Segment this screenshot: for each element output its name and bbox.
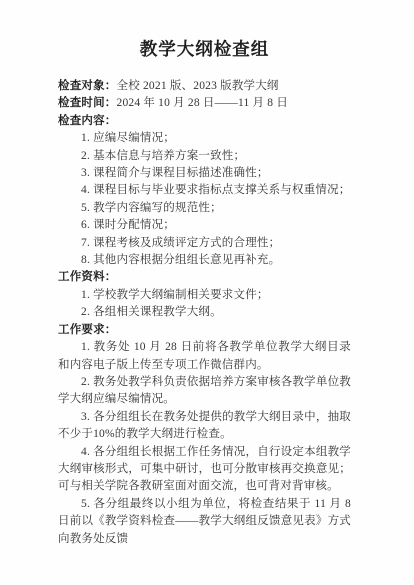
inspection-content-item-4: 4. 课程目标与毕业要求指标点支撑关系与权重情况； — [58, 182, 351, 199]
work-requirements-item-5: 5. 各分组最终以小组为单位，将检查结果于 11 月 8 日前以《教学资料检查—… — [58, 496, 351, 548]
work-requirements-item-1: 1. 教务处 10 月 28 日前将各教学单位教学大纲目录和内容电子版上传至专项… — [58, 339, 351, 374]
meta-value-inspection-time: 2024 年 10 月 28 日——11 月 8 日 — [117, 97, 289, 109]
inspection-content-item-7: 7. 课程考核及成绩评定方式的合理性； — [58, 235, 351, 252]
inspection-content-item-8: 8. 其他内容根据分组组长意见再补充。 — [58, 252, 351, 269]
work-requirements-item-2: 2. 教务处教学科负责依据培养方案审核各教学单位教学大纲应编尽编情况。 — [58, 374, 351, 409]
meta-line-inspection-time: 检查时间：2024 年 10 月 28 日——11 月 8 日 — [58, 95, 351, 112]
meta-line-inspection-target: 检查对象：全校 2021 版、2023 版教学大纲 — [58, 78, 351, 95]
meta-label-inspection-time: 检查时间： — [58, 97, 117, 109]
document-page: 教学大纲检查组 检查对象：全校 2021 版、2023 版教学大纲 检查时间：2… — [0, 0, 414, 585]
section-heading-inspection-content: 检查内容： — [58, 113, 351, 130]
inspection-content-item-6: 6. 课时分配情况； — [58, 217, 351, 234]
inspection-content-item-1: 1. 应编尽编情况； — [58, 130, 351, 147]
document-title: 教学大纲检查组 — [58, 38, 351, 60]
inspection-content-item-2: 2. 基本信息与培养方案一致性； — [58, 148, 351, 165]
meta-value-inspection-target: 全校 2021 版、2023 版教学大纲 — [117, 80, 279, 92]
work-requirements-item-3: 3. 各分组组长在教务处提供的教学大纲目录中，抽取不少于10%的教学大纲进行检查… — [58, 409, 351, 444]
section-heading-work-requirements: 工作要求： — [58, 322, 351, 339]
meta-label-inspection-target: 检查对象： — [58, 80, 117, 92]
inspection-content-item-5: 5. 教学内容编写的规范性； — [58, 200, 351, 217]
inspection-content-item-3: 3. 课程简介与课程目标描述准确性； — [58, 165, 351, 182]
section-heading-work-materials: 工作资料： — [58, 269, 351, 286]
work-requirements-item-4: 4. 各分组组长根据工作任务情况，自行设定本组教学大纲审核形式，可集中研讨，也可… — [58, 444, 351, 496]
work-materials-item-1: 1. 学校教学大纲编制相关要求文件； — [58, 287, 351, 304]
work-materials-item-2: 2. 各组相关课程教学大纲。 — [58, 304, 351, 321]
